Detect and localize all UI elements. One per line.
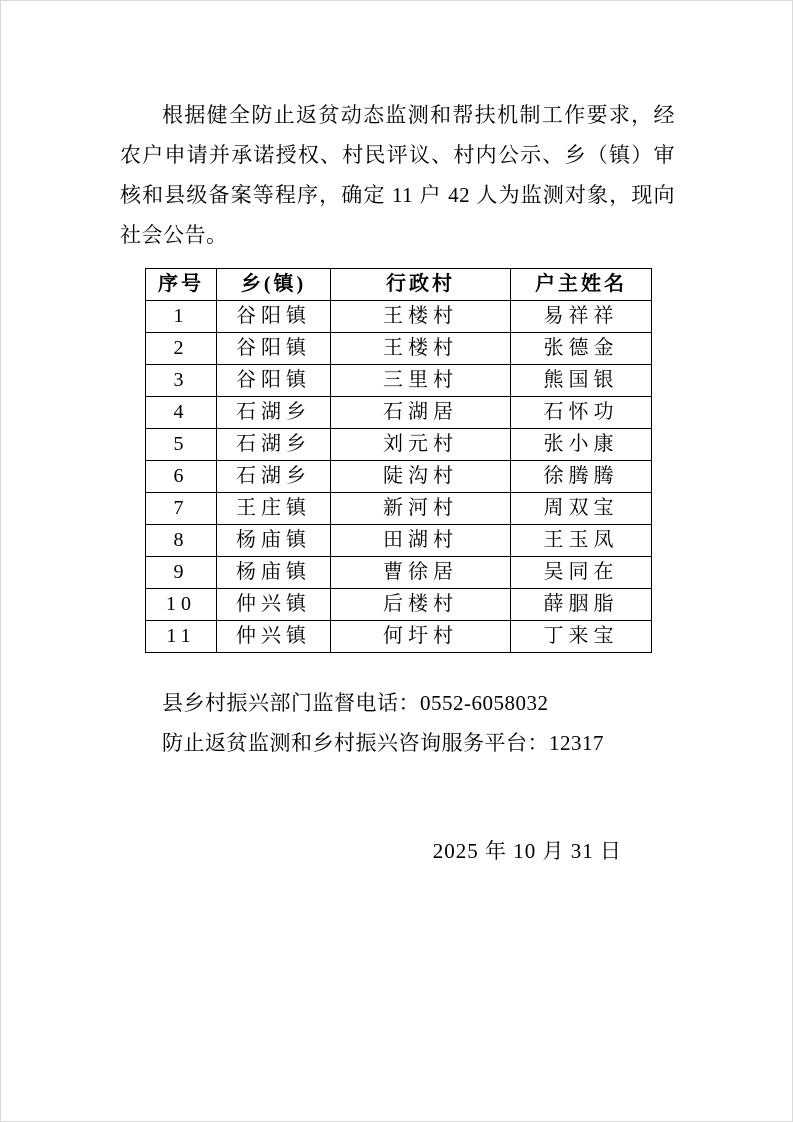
table-cell: 陡沟村	[331, 461, 511, 493]
table-cell: 王庄镇	[217, 493, 331, 525]
table-row: 8杨庙镇田湖村王玉凤	[146, 525, 652, 557]
table-cell: 仲兴镇	[217, 621, 331, 653]
table-header-row: 序号乡(镇)行政村户主姓名	[146, 269, 652, 301]
table-cell: 1	[146, 301, 217, 333]
page-content: 根据健全防止返贫动态监测和帮扶机制工作要求，经农户申请并承诺授权、村民评议、村内…	[1, 1, 792, 871]
announcement-page: 根据健全防止返贫动态监测和帮扶机制工作要求，经农户申请并承诺授权、村民评议、村内…	[0, 0, 793, 1122]
table-cell: 熊国银	[511, 365, 652, 397]
table-row: 7王庄镇新河村周双宝	[146, 493, 652, 525]
date-line: 2025 年 10 月 31 日	[120, 831, 622, 871]
table-row: 9杨庙镇曹徐居吴同在	[146, 557, 652, 589]
table-row: 1谷阳镇王楼村易祥祥	[146, 301, 652, 333]
table-cell: 石湖居	[331, 397, 511, 429]
table-cell: 杨庙镇	[217, 557, 331, 589]
contact-block: 县乡村振兴部门监督电话：0552-6058032 防止返贫监测和乡村振兴咨询服务…	[120, 683, 675, 763]
table-cell: 2	[146, 333, 217, 365]
table-body: 1谷阳镇王楼村易祥祥2谷阳镇王楼村张德金3谷阳镇三里村熊国银4石湖乡石湖居石怀功…	[146, 301, 652, 653]
table-cell: 谷阳镇	[217, 365, 331, 397]
table-cell: 张小康	[511, 429, 652, 461]
table-cell: 8	[146, 525, 217, 557]
table-header-cell: 户主姓名	[511, 269, 652, 301]
table-row: 6石湖乡陡沟村徐腾腾	[146, 461, 652, 493]
table-row: 10仲兴镇后楼村薛胭脂	[146, 589, 652, 621]
table-row: 2谷阳镇王楼村张德金	[146, 333, 652, 365]
table-cell: 石湖乡	[217, 461, 331, 493]
table-cell: 石湖乡	[217, 397, 331, 429]
table-row: 3谷阳镇三里村熊国银	[146, 365, 652, 397]
table-cell: 10	[146, 589, 217, 621]
table-cell: 谷阳镇	[217, 301, 331, 333]
table-cell: 刘元村	[331, 429, 511, 461]
table-cell: 4	[146, 397, 217, 429]
table-cell: 仲兴镇	[217, 589, 331, 621]
contact-platform-line: 防止返贫监测和乡村振兴咨询服务平台：12317	[120, 723, 675, 763]
table-cell: 薛胭脂	[511, 589, 652, 621]
intro-paragraph: 根据健全防止返贫动态监测和帮扶机制工作要求，经农户申请并承诺授权、村民评议、村内…	[120, 95, 675, 255]
table-cell: 9	[146, 557, 217, 589]
table-cell: 王楼村	[331, 301, 511, 333]
table-cell: 张德金	[511, 333, 652, 365]
table-cell: 石湖乡	[217, 429, 331, 461]
table-cell: 曹徐居	[331, 557, 511, 589]
table-cell: 田湖村	[331, 525, 511, 557]
table-header-cell: 乡(镇)	[217, 269, 331, 301]
table-header-cell: 行政村	[331, 269, 511, 301]
table-cell: 5	[146, 429, 217, 461]
table-header-cell: 序号	[146, 269, 217, 301]
table-cell: 石怀功	[511, 397, 652, 429]
table-cell: 3	[146, 365, 217, 397]
table-cell: 三里村	[331, 365, 511, 397]
table-cell: 周双宝	[511, 493, 652, 525]
table-cell: 徐腾腾	[511, 461, 652, 493]
table-cell: 7	[146, 493, 217, 525]
table-cell: 11	[146, 621, 217, 653]
table-cell: 谷阳镇	[217, 333, 331, 365]
table-cell: 何圩村	[331, 621, 511, 653]
table-cell: 王玉凤	[511, 525, 652, 557]
table-cell: 吴同在	[511, 557, 652, 589]
table-row: 11仲兴镇何圩村丁来宝	[146, 621, 652, 653]
contact-phone-line: 县乡村振兴部门监督电话：0552-6058032	[120, 683, 675, 723]
table-cell: 6	[146, 461, 217, 493]
table-row: 5石湖乡刘元村张小康	[146, 429, 652, 461]
monitored-households-table: 序号乡(镇)行政村户主姓名 1谷阳镇王楼村易祥祥2谷阳镇王楼村张德金3谷阳镇三里…	[145, 268, 652, 653]
table-cell: 后楼村	[331, 589, 511, 621]
table-row: 4石湖乡石湖居石怀功	[146, 397, 652, 429]
table-cell: 王楼村	[331, 333, 511, 365]
table-cell: 新河村	[331, 493, 511, 525]
table-cell: 杨庙镇	[217, 525, 331, 557]
table-cell: 易祥祥	[511, 301, 652, 333]
table-cell: 丁来宝	[511, 621, 652, 653]
